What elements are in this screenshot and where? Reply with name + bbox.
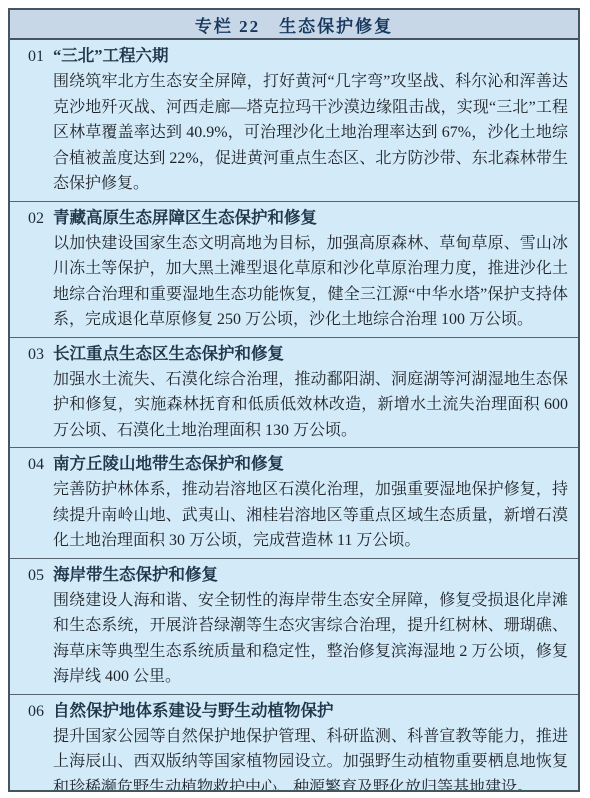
section-title: 自然保护地体系建设与野生动植物保护 — [53, 698, 334, 723]
section-heading: 02 青藏高原生态屏障区生态保护和修复 — [18, 205, 568, 231]
section-row: 06 自然保护地体系建设与野生动植物保护 提升国家公园等自然保护地保护管理、科研… — [10, 695, 578, 793]
section-number: 01 — [18, 44, 53, 69]
section-heading: 05 海岸带生态保护和修复 — [18, 562, 568, 588]
section-title: 南方丘陵山地带生态保护和修复 — [53, 451, 284, 476]
sections: 01 “三北”工程六期 围绕筑牢北方生态安全屏障，打好黄河“几字弯”攻坚战、科尔… — [10, 40, 578, 792]
section-heading: 04 南方丘陵山地带生态保护和修复 — [18, 451, 568, 477]
section-row: 05 海岸带生态保护和修复 围绕建设人海和谐、安全韧性的海岸带生态安全屏障，修复… — [10, 559, 578, 695]
section-body: 围绕建设人海和谐、安全韧性的海岸带生态安全屏障，修复受损退化岸滩和生态系统，开展… — [53, 588, 568, 690]
section-number: 06 — [18, 699, 53, 724]
section-title: “三北”工程六期 — [53, 43, 169, 68]
section-row: 04 南方丘陵山地带生态保护和修复 完善防护林体系，推动岩溶地区石漠化治理，加强… — [10, 448, 578, 559]
section-row: 02 青藏高原生态屏障区生态保护和修复 以加快建设国家生态文明高地为目标，加强高… — [10, 202, 578, 338]
section-number: 03 — [18, 342, 53, 367]
section-row: 01 “三北”工程六期 围绕筑牢北方生态安全屏障，打好黄河“几字弯”攻坚战、科尔… — [10, 40, 578, 202]
panel-title: 专栏 22 生态保护修复 — [195, 12, 393, 37]
section-body: 加强水土流失、石漠化综合治理，推动鄱阳湖、洞庭湖等河湖湿地生态保护和修复，实施森… — [53, 367, 568, 444]
section-heading: 01 “三北”工程六期 — [18, 43, 568, 69]
section-title: 长江重点生态区生态保护和修复 — [53, 341, 284, 366]
section-number: 04 — [18, 452, 53, 477]
section-body: 完善防护林体系，推动岩溶地区石漠化治理，加强重要湿地保护修复，持续提升南岭山地、… — [53, 477, 568, 554]
panel-header: 专栏 22 生态保护修复 — [10, 10, 578, 40]
info-box-panel: 专栏 22 生态保护修复 01 “三北”工程六期 围绕筑牢北方生态安全屏障，打好… — [8, 8, 580, 792]
section-row: 03 长江重点生态区生态保护和修复 加强水土流失、石漠化综合治理，推动鄱阳湖、洞… — [10, 338, 578, 449]
section-body: 以加快建设国家生态文明高地为目标，加强高原森林、草甸草原、雪山冰川冻土等保护，加… — [53, 231, 568, 333]
section-body: 提升国家公园等自然保护地保护管理、科研监测、科普宣教等能力，推进上海辰山、西双版… — [53, 724, 568, 793]
section-title: 青藏高原生态屏障区生态保护和修复 — [53, 205, 317, 230]
section-heading: 06 自然保护地体系建设与野生动植物保护 — [18, 698, 568, 724]
section-title: 海岸带生态保护和修复 — [53, 562, 218, 587]
document-page: 专栏 22 生态保护修复 01 “三北”工程六期 围绕筑牢北方生态安全屏障，打好… — [0, 0, 590, 798]
section-body: 围绕筑牢北方生态安全屏障，打好黄河“几字弯”攻坚战、科尔沁和浑善达克沙地歼灭战、… — [53, 69, 568, 197]
section-number: 05 — [18, 563, 53, 588]
section-number: 02 — [18, 206, 53, 231]
section-heading: 03 长江重点生态区生态保护和修复 — [18, 341, 568, 367]
